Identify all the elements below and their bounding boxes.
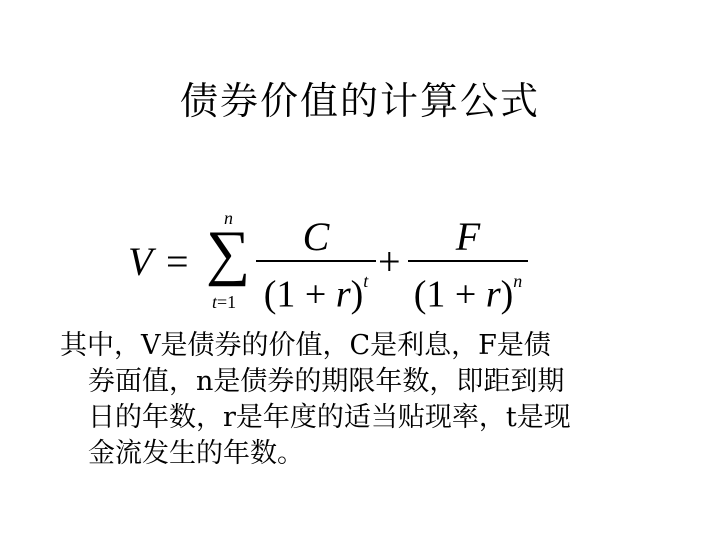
denominator-close: )	[351, 274, 364, 316]
slide-title: 债券价值的计算公式	[0, 70, 720, 125]
denominator-exponent: n	[513, 271, 522, 291]
explanation-line: 日的年数，r是年度的适当贴现率，t是现	[60, 400, 660, 436]
formula-lhs: V	[128, 238, 152, 285]
coupon-denominator: (1 + r)t	[256, 262, 376, 312]
explanation-line: 其中，V是债券的价值，C是利息，F是债	[60, 328, 660, 364]
denominator-close: )	[501, 274, 514, 316]
bond-value-formula: V = n ∑ t=1 C (1 + r)t + F (1 + r)n	[128, 214, 548, 314]
explanation-line: 券面值，n是债券的期限年数，即距到期	[60, 364, 660, 400]
face-value-numerator: F	[408, 214, 528, 260]
explanation-line: 金流发生的年数。	[60, 436, 660, 472]
coupon-numerator: C	[256, 214, 376, 260]
sigma-lower-rest: =1	[217, 292, 236, 312]
formula-equals: =	[166, 238, 189, 285]
summation-icon: ∑	[206, 222, 250, 284]
denominator-base: (1 +	[414, 274, 486, 316]
face-value-denominator: (1 + r)n	[408, 262, 528, 312]
sigma-lower-limit: t=1	[212, 292, 236, 313]
denominator-base: (1 +	[264, 274, 336, 316]
denominator-var: r	[336, 274, 351, 316]
formula-explanation: 其中，V是债券的价值，C是利息，F是债 券面值，n是债券的期限年数，即距到期 日…	[60, 328, 660, 472]
denominator-exponent: t	[363, 271, 368, 291]
coupon-term-fraction: C (1 + r)t	[256, 214, 376, 312]
face-value-term-fraction: F (1 + r)n	[408, 214, 528, 312]
formula-plus: +	[378, 238, 401, 285]
denominator-var: r	[486, 274, 501, 316]
